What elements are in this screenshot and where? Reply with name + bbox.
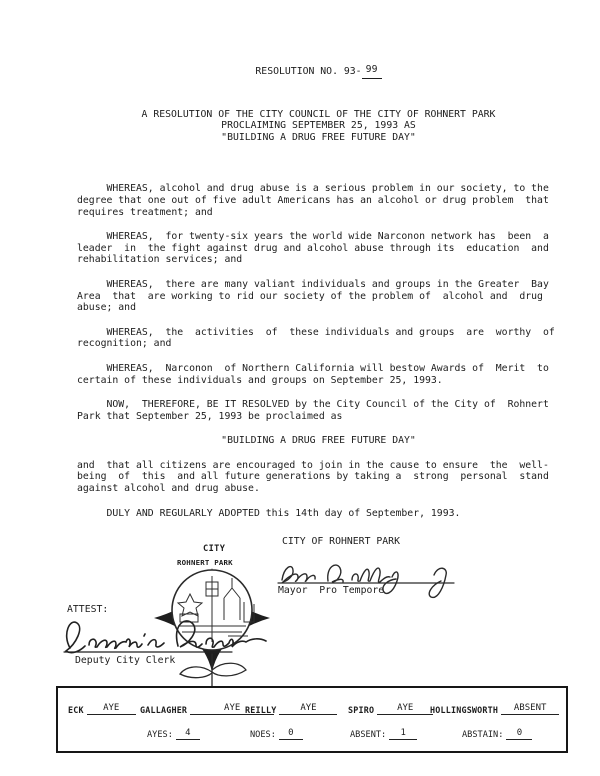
proclamation-line: "BUILDING A DRUG FREE FUTURE DAY" — [77, 435, 560, 447]
member-name: HOLLINGSWORTH — [430, 705, 498, 715]
tally-value: 4 — [176, 728, 200, 740]
resolved-paragraph: NOW, THEREFORE, BE IT RESOLVED by the Ci… — [77, 399, 560, 422]
vote-cell-spiro: SPIROAYE — [348, 703, 433, 715]
whereas-paragraph-4: WHEREAS, the activities of these individ… — [77, 327, 560, 350]
whereas-paragraph-5: WHEREAS, Narconon of Northern California… — [77, 363, 560, 386]
tally-abstain: ABSTAIN:0 — [462, 728, 532, 740]
tally-absent: ABSENT:1 — [350, 728, 417, 740]
heading-line-2: PROCLAIMING SEPTEMBER 25, 1993 AS — [221, 120, 416, 131]
org-name: CITY OF ROHNERT PARK — [282, 536, 400, 548]
tally-label: AYES: — [147, 730, 173, 740]
member-name: REILLY — [245, 705, 276, 715]
tally-value: 0 — [506, 728, 532, 740]
resolution-number-line: RESOLUTION NO. 93-99 — [77, 66, 560, 79]
vote-cell-eck: ECKAYE — [68, 703, 136, 715]
vote-tally-box: ECKAYE GALLAGHERAYE REILLYAYE SPIROAYE H… — [56, 686, 568, 753]
seal-rohnert-park-label: ROHNERT PARK — [177, 558, 233, 567]
member-name: SPIRO — [348, 705, 374, 715]
tally-value: 0 — [279, 728, 303, 740]
vote-cell-hollingsworth: HOLLINGSWORTHABSENT — [430, 703, 559, 715]
tally-value: 1 — [389, 728, 417, 740]
whereas-paragraph-2: WHEREAS, for twenty-six years the world … — [77, 231, 560, 266]
resolution-heading: A RESOLUTION OF THE CITY COUNCIL OF THE … — [77, 109, 560, 144]
resolution-label: RESOLUTION NO. 93- — [255, 66, 361, 77]
member-vote: ABSENT — [501, 703, 559, 715]
clerk-title: Deputy City Clerk — [75, 655, 175, 667]
mayor-title: Mayor Pro Tempore — [278, 585, 384, 597]
resolution-number: 99 — [364, 64, 380, 76]
resolution-number-blank: 99 — [362, 66, 382, 79]
tally-label: ABSENT: — [350, 730, 386, 740]
document-body: RESOLUTION NO. 93-99 A RESOLUTION OF THE… — [77, 66, 560, 532]
seal-city-label: CITY — [203, 544, 225, 554]
member-name: GALLAGHER — [140, 705, 187, 715]
tally-ayes: AYES:4 — [147, 728, 200, 740]
member-vote: AYE — [377, 703, 433, 715]
member-vote: AYE — [87, 703, 136, 715]
closing-paragraph: and that all citizens are encouraged to … — [77, 460, 560, 495]
tally-label: ABSTAIN: — [462, 730, 503, 740]
resolution-document: RESOLUTION NO. 93-99 A RESOLUTION OF THE… — [0, 0, 600, 776]
member-vote: AYE — [279, 703, 337, 715]
vote-cell-reilly: REILLYAYE — [245, 703, 337, 715]
whereas-paragraph-3: WHEREAS, there are many valiant individu… — [77, 279, 560, 314]
tally-label: NOES: — [250, 730, 276, 740]
mayor-signature — [272, 556, 460, 604]
adoption-line: DULY AND REGULARLY ADOPTED this 14th day… — [77, 508, 560, 520]
member-name: ECK — [68, 705, 84, 715]
tally-noes: NOES:0 — [250, 728, 303, 740]
whereas-paragraph-1: WHEREAS, alcohol and drug abuse is a ser… — [77, 183, 560, 218]
heading-line-3: "BUILDING A DRUG FREE FUTURE DAY" — [221, 132, 416, 143]
heading-line-1: A RESOLUTION OF THE CITY COUNCIL OF THE … — [142, 109, 496, 120]
